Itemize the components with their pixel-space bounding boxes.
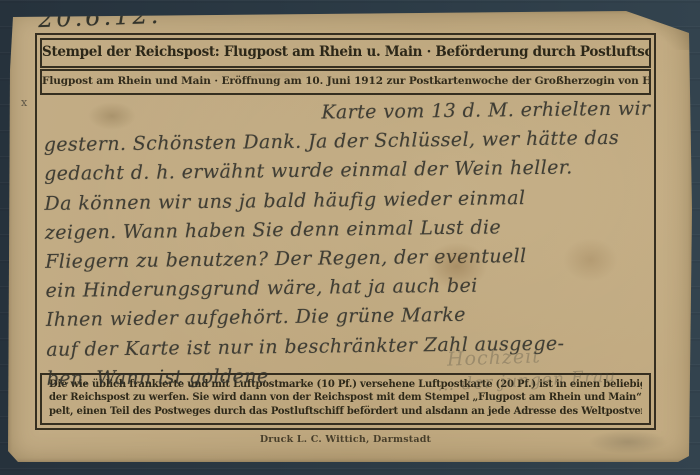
faint-pencil-note: Hochzeit [447, 345, 542, 370]
footer-line: der Reichspost zu werfen. Sie wird dann … [49, 391, 642, 405]
postcard: 20.6.12. x Stempel der Reichspost: Flugp… [8, 10, 692, 462]
header-title-line: Stempel der Reichspost: Flugpost am Rhei… [40, 38, 651, 68]
handwritten-date: 20.6.12. [38, 1, 162, 33]
footer-line: pelt, einen Teil des Postweges durch das… [49, 405, 642, 419]
printed-frame: Stempel der Reichspost: Flugpost am Rhei… [35, 33, 656, 430]
handwritten-message: Karte vom 13 d. M. erhielten wir gestern… [43, 94, 690, 394]
message-area: Karte vom 13 d. M. erhielten wir gestern… [37, 95, 654, 373]
photo-of-postcard: { "photo": { "background_color": "#2c3a4… [0, 0, 700, 475]
margin-x-mark: x [21, 96, 27, 109]
printer-imprint: Druck L. C. Wittich, Darmstadt [35, 434, 656, 445]
header-subtitle-line: Flugpost am Rhein und Main · Eröffnung a… [40, 69, 651, 95]
